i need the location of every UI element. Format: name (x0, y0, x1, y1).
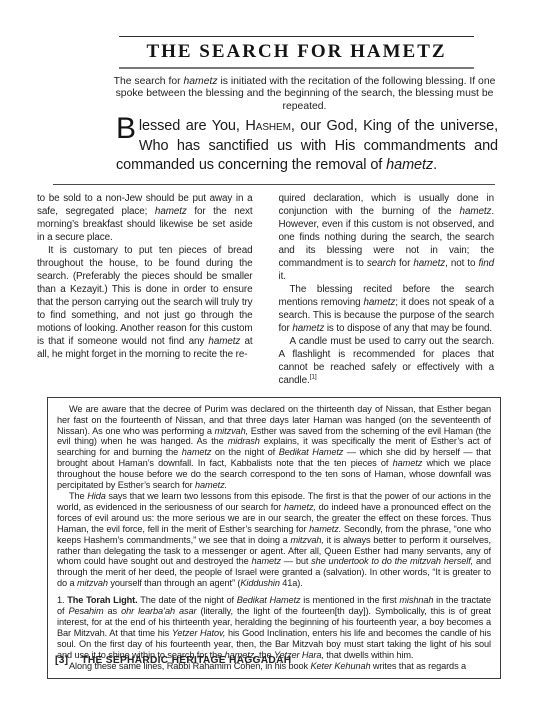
body-columns: to be sold to a non-Jew should be put aw… (37, 192, 494, 387)
header-rule-bottom (119, 67, 474, 69)
book-title: THE SEPHARDIC HERITAGE HAGGADAH (81, 655, 291, 666)
page-title: THE SEARCH FOR HAMETZ (119, 37, 474, 67)
page-footer: [3]THE SEPHARDIC HERITAGE HAGGADAH (55, 655, 291, 666)
paragraph: A candle must be used to carry out the s… (279, 335, 495, 387)
commentary-paragraph: The Hida says that we learn two lessons … (57, 491, 491, 589)
column-right: quired declaration, which is usually don… (279, 192, 495, 387)
commentary-paragraph: We are aware that the decree of Purim wa… (57, 404, 491, 491)
page-number: [3] (55, 655, 68, 666)
section-divider-rule (53, 184, 495, 185)
blessing-dropcap: B (116, 117, 139, 154)
paragraph: to be sold to a non-Jew should be put aw… (37, 192, 253, 244)
column-left: to be sold to a non-Jew should be put aw… (37, 192, 253, 387)
paragraph: quired declaration, which is usually don… (279, 192, 495, 283)
blessing-text: Blessed are You, Hashem, our God, King o… (116, 117, 498, 176)
paragraph: The blessing recited before the search m… (279, 283, 495, 335)
footnote-paragraph: 1. The Torah Light. The date of the nigh… (57, 595, 491, 660)
blessing-body: lessed are You, Hashem, our God, King of… (116, 118, 498, 173)
book-page: THE SEARCH FOR HAMETZ The search for ham… (0, 0, 550, 707)
instruction-note: The search for hametz is initiated with … (112, 76, 497, 113)
commentary-box: We are aware that the decree of Purim wa… (47, 397, 501, 680)
paragraph: It is customary to put ten pieces of bre… (37, 244, 253, 361)
